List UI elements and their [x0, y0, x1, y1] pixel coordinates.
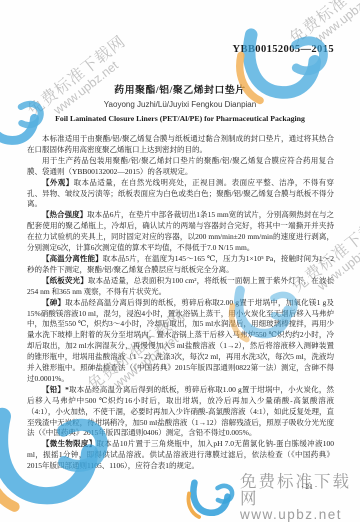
document-page: YBB00152005—2015 药用聚酯/铝/聚乙烯封口垫片 Yaoyong … — [0, 0, 360, 522]
section-text: 取本品适量，在自然光线明亮处，正视目测。表面应平整、洁净，不得有穿孔、异物、皱纹… — [27, 178, 334, 209]
paragraph-arsenic: 【砷】取本品经高温分离后得到的纸板，剪碎后称取2.00 g置于坩埚中，加氧化镁1… — [27, 298, 334, 385]
section-label: 【纸板荧光】 — [42, 276, 88, 285]
section-text: 用于生产药品包装用聚酯/铝/聚乙烯封口垫片的聚酯/铝/聚乙烯复合膜应符合药用复合… — [27, 156, 334, 176]
standard-number: YBB00152005—2015 — [0, 44, 334, 55]
document-body: 本标准适用于由聚酯/铝/聚乙烯复合膜与纸板通过黏合剂制成的封口垫片，通过将其热合… — [27, 134, 334, 472]
paragraph-microbial-limit: 【微生物限度】取本品10片置于三角烧瓶中，加入pH 7.0无菌氯化钠-蛋白胨缓冲… — [27, 439, 334, 472]
section-text: 取本品经高温分离后得到的纸板，剪碎后称取2.00 g置于坩埚中，加氧化镁1 g及… — [27, 298, 334, 383]
paragraph-lead: 【铅】*取本品经高温分离后得到的纸板，剪碎后称取1.00 g置于坩埚中，小火炭化… — [27, 385, 334, 440]
paragraph-board-fluorescence: 【纸板荧光】取本品适量，总表面积为100 cm²，将纸板一面朝上置于紫外灯下，在… — [27, 276, 334, 298]
watermark-site-name: 免费标准下载网 — [284, 0, 360, 48]
section-label: 【微生物限度】 — [42, 439, 97, 448]
section-label: 【砷】 — [42, 298, 65, 307]
page-title-english: Foil Laminated Closure Liners (PET/Al/PE… — [0, 114, 360, 123]
watermark-site-name: 免费标准下载网 — [240, 474, 360, 508]
upbz-logo-icon — [186, 477, 236, 520]
watermark-site-url: www.upbz.net — [240, 508, 360, 522]
page-title-pinyin: Yaoyong Juzhi/Lü/Juyixi Fengkou Dianpian — [0, 100, 360, 109]
section-label: 【铅】* — [42, 385, 69, 394]
page-number: · 21 · — [301, 482, 317, 491]
watermark-bottom-right-text: 免费标准下载网 www.upbz.net — [240, 474, 360, 522]
page-title: 药用聚酯/铝/聚乙烯封口垫片 — [0, 82, 360, 96]
paragraph-appearance: 【外观】取本品适量，在自然光线明亮处，正视目测。表面应平整、洁净，不得有穿孔、异… — [27, 178, 334, 211]
paragraph-scope: 本标准适用于由聚酯/铝/聚乙烯复合膜与纸板通过黏合剂制成的封口垫片，通过将其热合… — [27, 134, 334, 156]
section-label: 【外观】 — [42, 178, 74, 187]
section-text: 取本品经高温分离后得到的纸板，剪碎后称取1.00 g置于坩埚中，小火炭化，然后移… — [27, 385, 334, 438]
watermark-bottom-right: 免费标准下载网 www.upbz.net — [186, 474, 360, 522]
section-label: 【热合强度】 — [42, 210, 87, 219]
section-text: 本标准适用于由聚酯/铝/聚乙烯复合膜与纸板通过黏合剂制成的封口垫片，通过将其热合… — [27, 134, 334, 154]
paragraph-high-temp-separation: 【高温分离性能】取本品5片，在温度为145～165 ℃，压力为1×10⁵ Pa，… — [27, 254, 334, 276]
section-label: 【高温分离性能】 — [42, 254, 103, 263]
paragraph-reference: 用于生产药品包装用聚酯/铝/聚乙烯封口垫片的聚酯/铝/聚乙烯复合膜应符合药用复合… — [27, 156, 334, 178]
paragraph-heat-seal-strength: 【热合强度】取本品6片，在垫片中部各裁切出1条15 mm宽的试片，分别高频热封在… — [27, 210, 334, 254]
